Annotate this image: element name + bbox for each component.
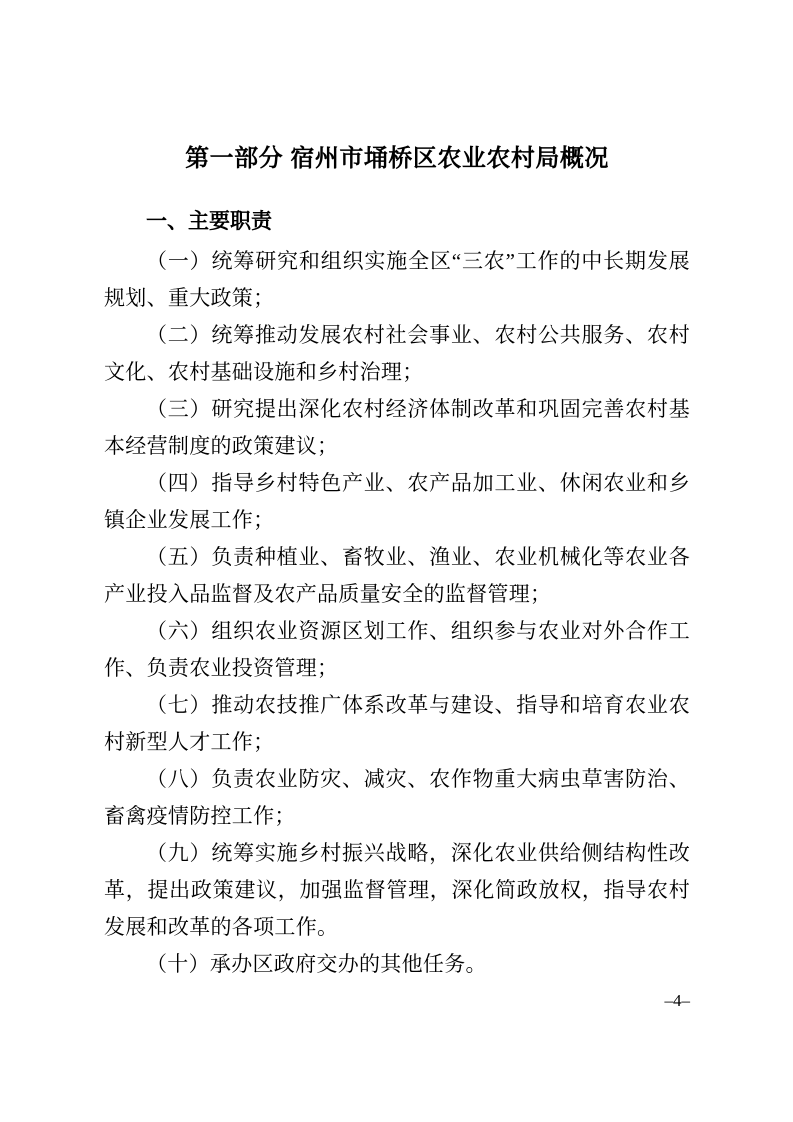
duty-item-10: （十）承办区政府交办的其他任务。 bbox=[104, 946, 690, 983]
duty-item-4: （四）指导乡村特色产业、农产品加工业、休闲农业和乡镇企业发展工作； bbox=[104, 465, 690, 539]
duty-item-8: （八）负责农业防灾、减灾、农作物重大病虫草害防治、畜禽疫情防控工作； bbox=[104, 761, 690, 835]
document-content: 第一部分 宿州市埇桥区农业农村局概况 一、主要职责 （一）统筹研究和组织实施全区… bbox=[104, 138, 690, 983]
document-page: 第一部分 宿州市埇桥区农业农村局概况 一、主要职责 （一）统筹研究和组织实施全区… bbox=[0, 0, 793, 1122]
duty-item-2: （二）统筹推动发展农村社会事业、农村公共服务、农村文化、农村基础设施和乡村治理； bbox=[104, 317, 690, 391]
duty-item-3: （三）研究提出深化农村经济体制改革和巩固完善农村基本经营制度的政策建议； bbox=[104, 391, 690, 465]
duty-item-9: （九）统筹实施乡村振兴战略，深化农业供给侧结构性改革，提出政策建议，加强监督管理… bbox=[104, 835, 690, 946]
page-title: 第一部分 宿州市埇桥区农业农村局概况 bbox=[104, 138, 690, 173]
duty-item-7: （七）推动农技推广体系改革与建设、指导和培育农业农村新型人才工作； bbox=[104, 687, 690, 761]
duty-item-1: （一）统筹研究和组织实施全区“三农”工作的中长期发展规划、重大政策； bbox=[104, 243, 690, 317]
duty-item-6: （六）组织农业资源区划工作、组织参与农业对外合作工作、负责农业投资管理； bbox=[104, 613, 690, 687]
duty-item-5: （五）负责种植业、畜牧业、渔业、农业机械化等农业各产业投入品监督及农产品质量安全… bbox=[104, 539, 690, 613]
page-number: –4– bbox=[665, 991, 691, 1011]
section-heading-main-duties: 一、主要职责 bbox=[104, 205, 690, 235]
